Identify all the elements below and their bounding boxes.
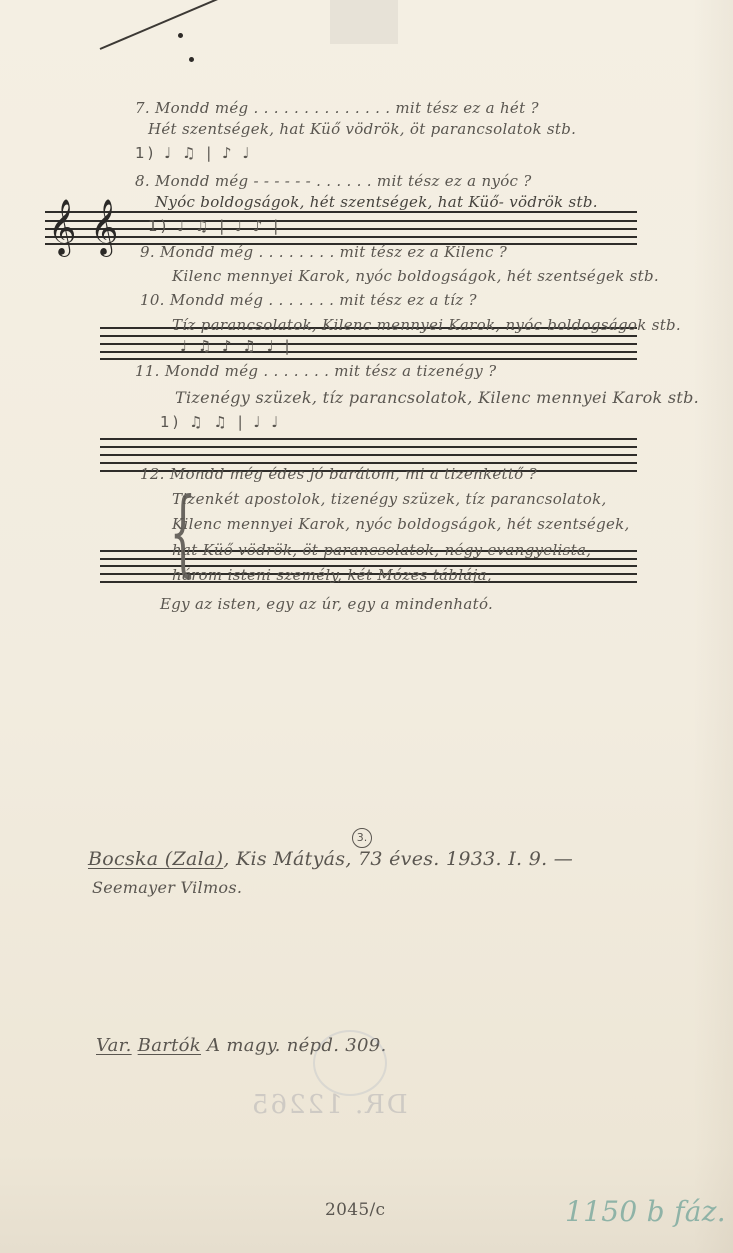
source-place: Bocska (Zala)	[88, 848, 223, 870]
source-line: Bocska (Zala), Kis Mátyás, 73 éves. 1933…	[88, 848, 573, 870]
tape-mark	[330, 0, 398, 44]
verse-12-answer-line-4: három isteni személy, két Mózes táblája,	[172, 566, 492, 584]
stamp-number: DR. 12265	[250, 1090, 408, 1120]
verse-9-question: 9. Mondd még . . . . . . . . mit tész ez…	[140, 243, 507, 261]
verse-11-question: 11. Mondd még . . . . . . . mit tész a t…	[135, 362, 496, 380]
circled-number: 3.	[352, 828, 372, 848]
reference-author: Bartók	[138, 1035, 201, 1056]
verse-10-rhythm: ♩ ♫ ♪ ♫ ♩ |	[180, 337, 293, 355]
reference-var: Var.	[96, 1035, 132, 1056]
catalog-number: 1150 b fáz.	[565, 1195, 726, 1228]
stamp-circle-mark	[313, 1030, 387, 1096]
page-edge-shade	[693, 0, 733, 1253]
verse-12-question: 12. Mondd még édes jó barátom, mi a tize…	[140, 465, 537, 483]
verse-9-answer: Kilenc mennyei Karok, nyóc boldogságok, …	[172, 267, 659, 285]
verse-7-rhythm: 1) ♩ ♫ | ♪ ♩	[135, 144, 252, 162]
verse-12-closing: Egy az isten, egy az úr, egy a mindenhat…	[160, 595, 493, 613]
source-singer: Kis Mátyás, 73 éves.	[236, 848, 440, 870]
music-staff-1	[45, 211, 637, 245]
verse-10-question: 10. Mondd még . . . . . . . mit tész ez …	[140, 291, 477, 309]
dot-mark	[178, 33, 183, 38]
treble-clef-icon: 𝄞	[48, 203, 76, 251]
dot-mark	[189, 57, 194, 62]
source-collector: Seemayer Vilmos.	[92, 878, 242, 897]
verse-7-answer: Hét szentségek, hat Küő vödrök, öt paran…	[148, 120, 576, 138]
treble-clef-icon: 𝄞	[90, 203, 118, 251]
verse-8-question: 8. Mondd még - - - - - - . . . . . . mit…	[135, 172, 532, 190]
verse-8-rhythm: 1) ♩ ♫ | ♩ ♪ |	[148, 217, 281, 235]
verse-12-answer-line-1: Tizenkét apostolok, tizenégy szüzek, tíz…	[172, 490, 607, 508]
verse-11-rhythm: 1) ♫ ♫ | ♩ ♩	[160, 413, 281, 431]
verse-12-answer-line-2: Kilenc mennyei Karok, nyóc boldogságok, …	[172, 515, 630, 533]
verse-10-answer: Tíz parancsolatok, Kilenc mennyei Karok,…	[172, 316, 681, 334]
verse-8-answer: Nyóc boldogságok, hét szentségek, hat Kü…	[155, 193, 598, 211]
archive-number: 2045/c	[325, 1200, 385, 1220]
verse-11-answer: Tizenégy szüzek, tíz parancsolatok, Kile…	[175, 388, 699, 407]
source-date: 1933. I. 9. —	[446, 848, 573, 870]
verse-12-answer-line-3: hat Küő vödrök, öt parancsolatok, négy e…	[172, 541, 591, 559]
verse-7-question: 7. Mondd még . . . . . . . . . . . . . .…	[135, 99, 539, 117]
